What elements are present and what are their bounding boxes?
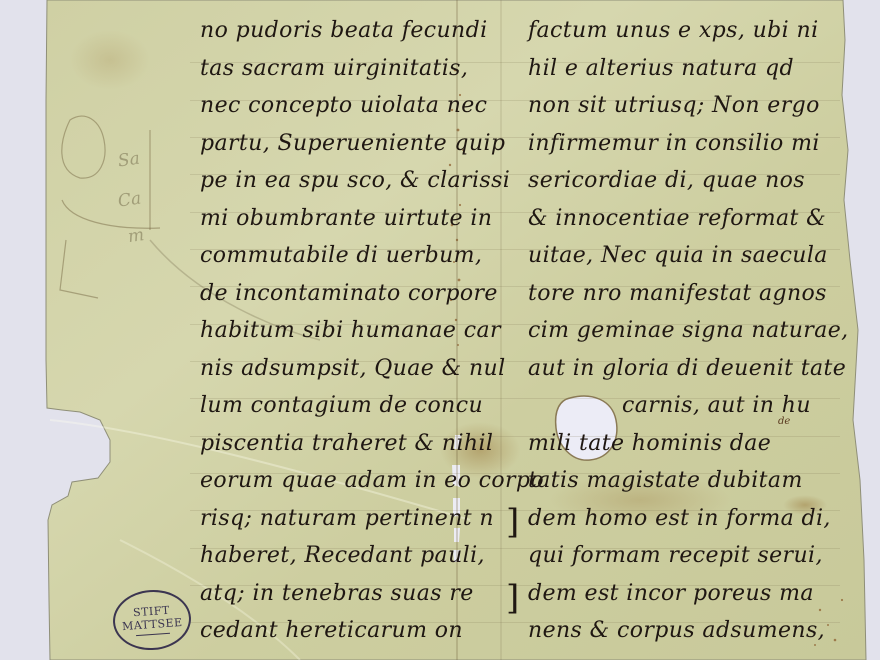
margin-sketch-text: Ca bbox=[117, 188, 143, 211]
margin-sketch-text: m bbox=[127, 225, 146, 247]
text-line: hil e alterius natura qd bbox=[528, 56, 794, 82]
text-line: dem est incor poreus ma bbox=[528, 581, 814, 607]
text-line: nec concepto uiolata nec bbox=[200, 93, 487, 119]
text-line: tore nro manifestat agnos bbox=[528, 281, 827, 307]
text-line: cedant hereticarum on bbox=[200, 618, 463, 644]
text-line: mi obumbrante uirtute in bbox=[200, 206, 492, 232]
text-line: no pudoris beata fecundi bbox=[200, 18, 488, 44]
text-line: partu, Superueniente quip bbox=[200, 131, 505, 157]
text-line: lum contagium de concu bbox=[200, 393, 483, 419]
text-line: qui formam recepit serui, bbox=[528, 543, 823, 569]
text-line: & innocentiae reformat & bbox=[528, 206, 826, 232]
text-line: pe in ea spu sco, & clarissi bbox=[200, 168, 510, 194]
text-line: tatis magistate dubitam bbox=[528, 468, 803, 494]
interlinear-gloss: de bbox=[778, 416, 790, 427]
parchment-fragment: Sa Ca m no pudoris beata fecundi tas sac… bbox=[0, 0, 880, 660]
text-line: non sit utriusq; Non ergo bbox=[528, 93, 820, 119]
stamp-underline bbox=[136, 633, 170, 636]
text-line: tas sacram uirginitatis, bbox=[200, 56, 468, 82]
paragraph-mark: ] bbox=[506, 578, 519, 618]
paragraph-mark: ] bbox=[506, 502, 519, 542]
text-line: sericordiae di, quae nos bbox=[528, 168, 805, 194]
text-line: dem homo est in forma di, bbox=[528, 506, 831, 532]
text-line: aut in gloria di deuenit tate bbox=[528, 356, 846, 382]
margin-sketch-text: Sa bbox=[117, 149, 141, 172]
text-line: haberet, Recedant pauli, bbox=[200, 543, 485, 569]
text-line: nis adsumpsit, Quae & nul bbox=[200, 356, 506, 382]
text-line: habitum sibi humanae car bbox=[200, 318, 501, 344]
text-line: uitae, Nec quia in saecula bbox=[528, 243, 828, 269]
text-line: commutabile di uerbum, bbox=[200, 243, 482, 269]
text-line: nens & corpus adsumens, bbox=[528, 618, 825, 644]
text-line: atq; in tenebras suas re bbox=[200, 581, 474, 607]
text-line: risq; naturam pertinent n bbox=[200, 506, 494, 532]
text-line: infirmemur in consilio mi bbox=[528, 131, 820, 157]
text-line: eorum quae adam in eo corpo bbox=[200, 468, 544, 494]
text-line: piscentia traheret & nihil bbox=[200, 431, 493, 457]
text-line: factum unus e xps, ubi ni bbox=[528, 18, 819, 44]
text-line: cim geminae signa naturae, bbox=[528, 318, 849, 344]
stamp-line-2: MATTSEE bbox=[122, 616, 183, 633]
text-line: mili tate hominis dae bbox=[528, 431, 771, 457]
text-line: de incontaminato corpore bbox=[200, 281, 498, 307]
